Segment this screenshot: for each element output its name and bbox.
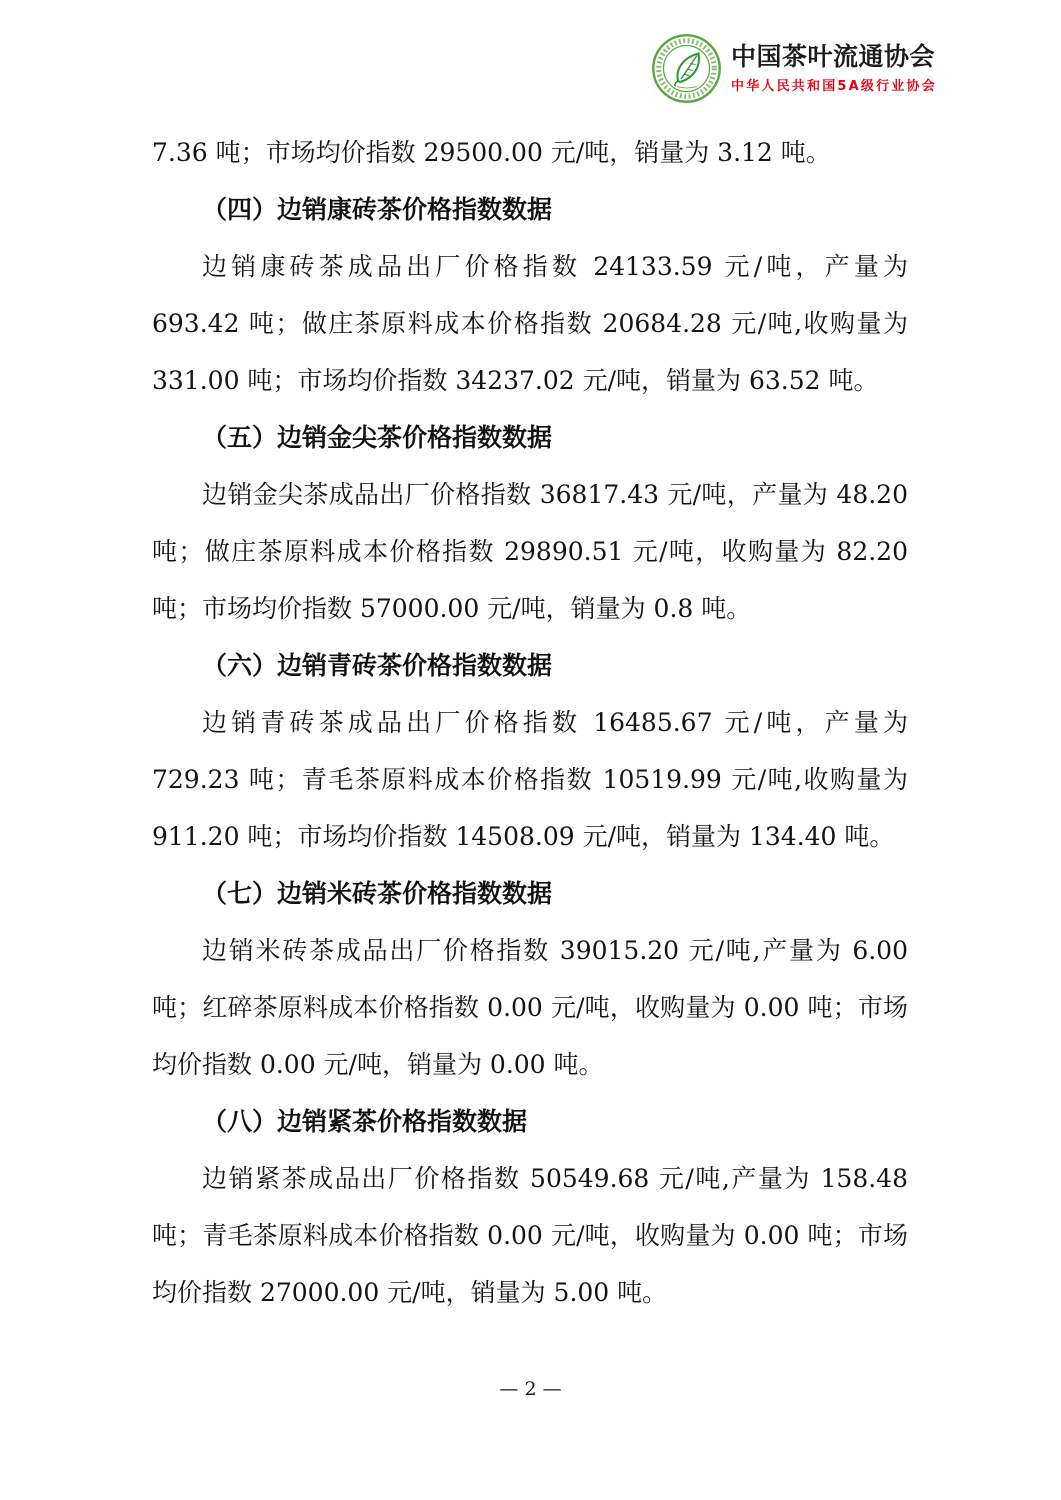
org-subtitle: 中华人民共和国5A级行业协会 <box>731 75 937 94</box>
section-paragraph-mizhuan: 边销米砖茶成品出厂价格指数 39015.20 元/吨,产量为 6.00 吨；红碎… <box>152 922 908 1093</box>
section-heading-kangzhuan: （四）边销康砖茶价格指数数据 <box>152 181 908 238</box>
section-heading-mizhuan: （七）边销米砖茶价格指数数据 <box>152 865 908 922</box>
org-name: 中国茶叶流通协会 <box>731 43 937 72</box>
page-footer: — 2 — <box>0 1378 1061 1400</box>
section-paragraph-kangzhuan: 边销康砖茶成品出厂价格指数 24133.59 元/吨，产量为 693.42 吨；… <box>152 238 908 409</box>
paragraph-continued-from-previous-page: 7.36 吨；市场均价指数 29500.00 元/吨，销量为 3.12 吨。 <box>152 124 908 181</box>
document-body: 7.36 吨；市场均价指数 29500.00 元/吨，销量为 3.12 吨。 （… <box>152 124 908 1321</box>
org-logo <box>651 33 722 104</box>
section-paragraph-jinjian: 边销金尖茶成品出厂价格指数 36817.43 元/吨，产量为 48.20 吨；做… <box>152 466 908 637</box>
section-heading-jinjian: （五）边销金尖茶价格指数数据 <box>152 409 908 466</box>
page-number: — 2 — <box>499 1378 561 1400</box>
org-text-block: 中国茶叶流通协会 中华人民共和国5A级行业协会 <box>731 43 937 94</box>
section-heading-qingzhuan: （六）边销青砖茶价格指数数据 <box>152 637 908 694</box>
section-heading-jincha: （八）边销紧茶价格指数数据 <box>152 1093 908 1150</box>
document-page: 中国茶叶流通协会 中华人民共和国5A级行业协会 7.36 吨；市场均价指数 29… <box>0 0 1061 1500</box>
section-paragraph-qingzhuan: 边销青砖茶成品出厂价格指数 16485.67 元/吨，产量为 729.23 吨；… <box>152 694 908 865</box>
section-paragraph-jincha: 边销紧茶成品出厂价格指数 50549.68 元/吨,产量为 158.48 吨；青… <box>152 1150 908 1321</box>
tea-leaf-seal-icon <box>651 33 722 104</box>
org-letterhead: 中国茶叶流通协会 中华人民共和国5A级行业协会 <box>651 33 937 104</box>
